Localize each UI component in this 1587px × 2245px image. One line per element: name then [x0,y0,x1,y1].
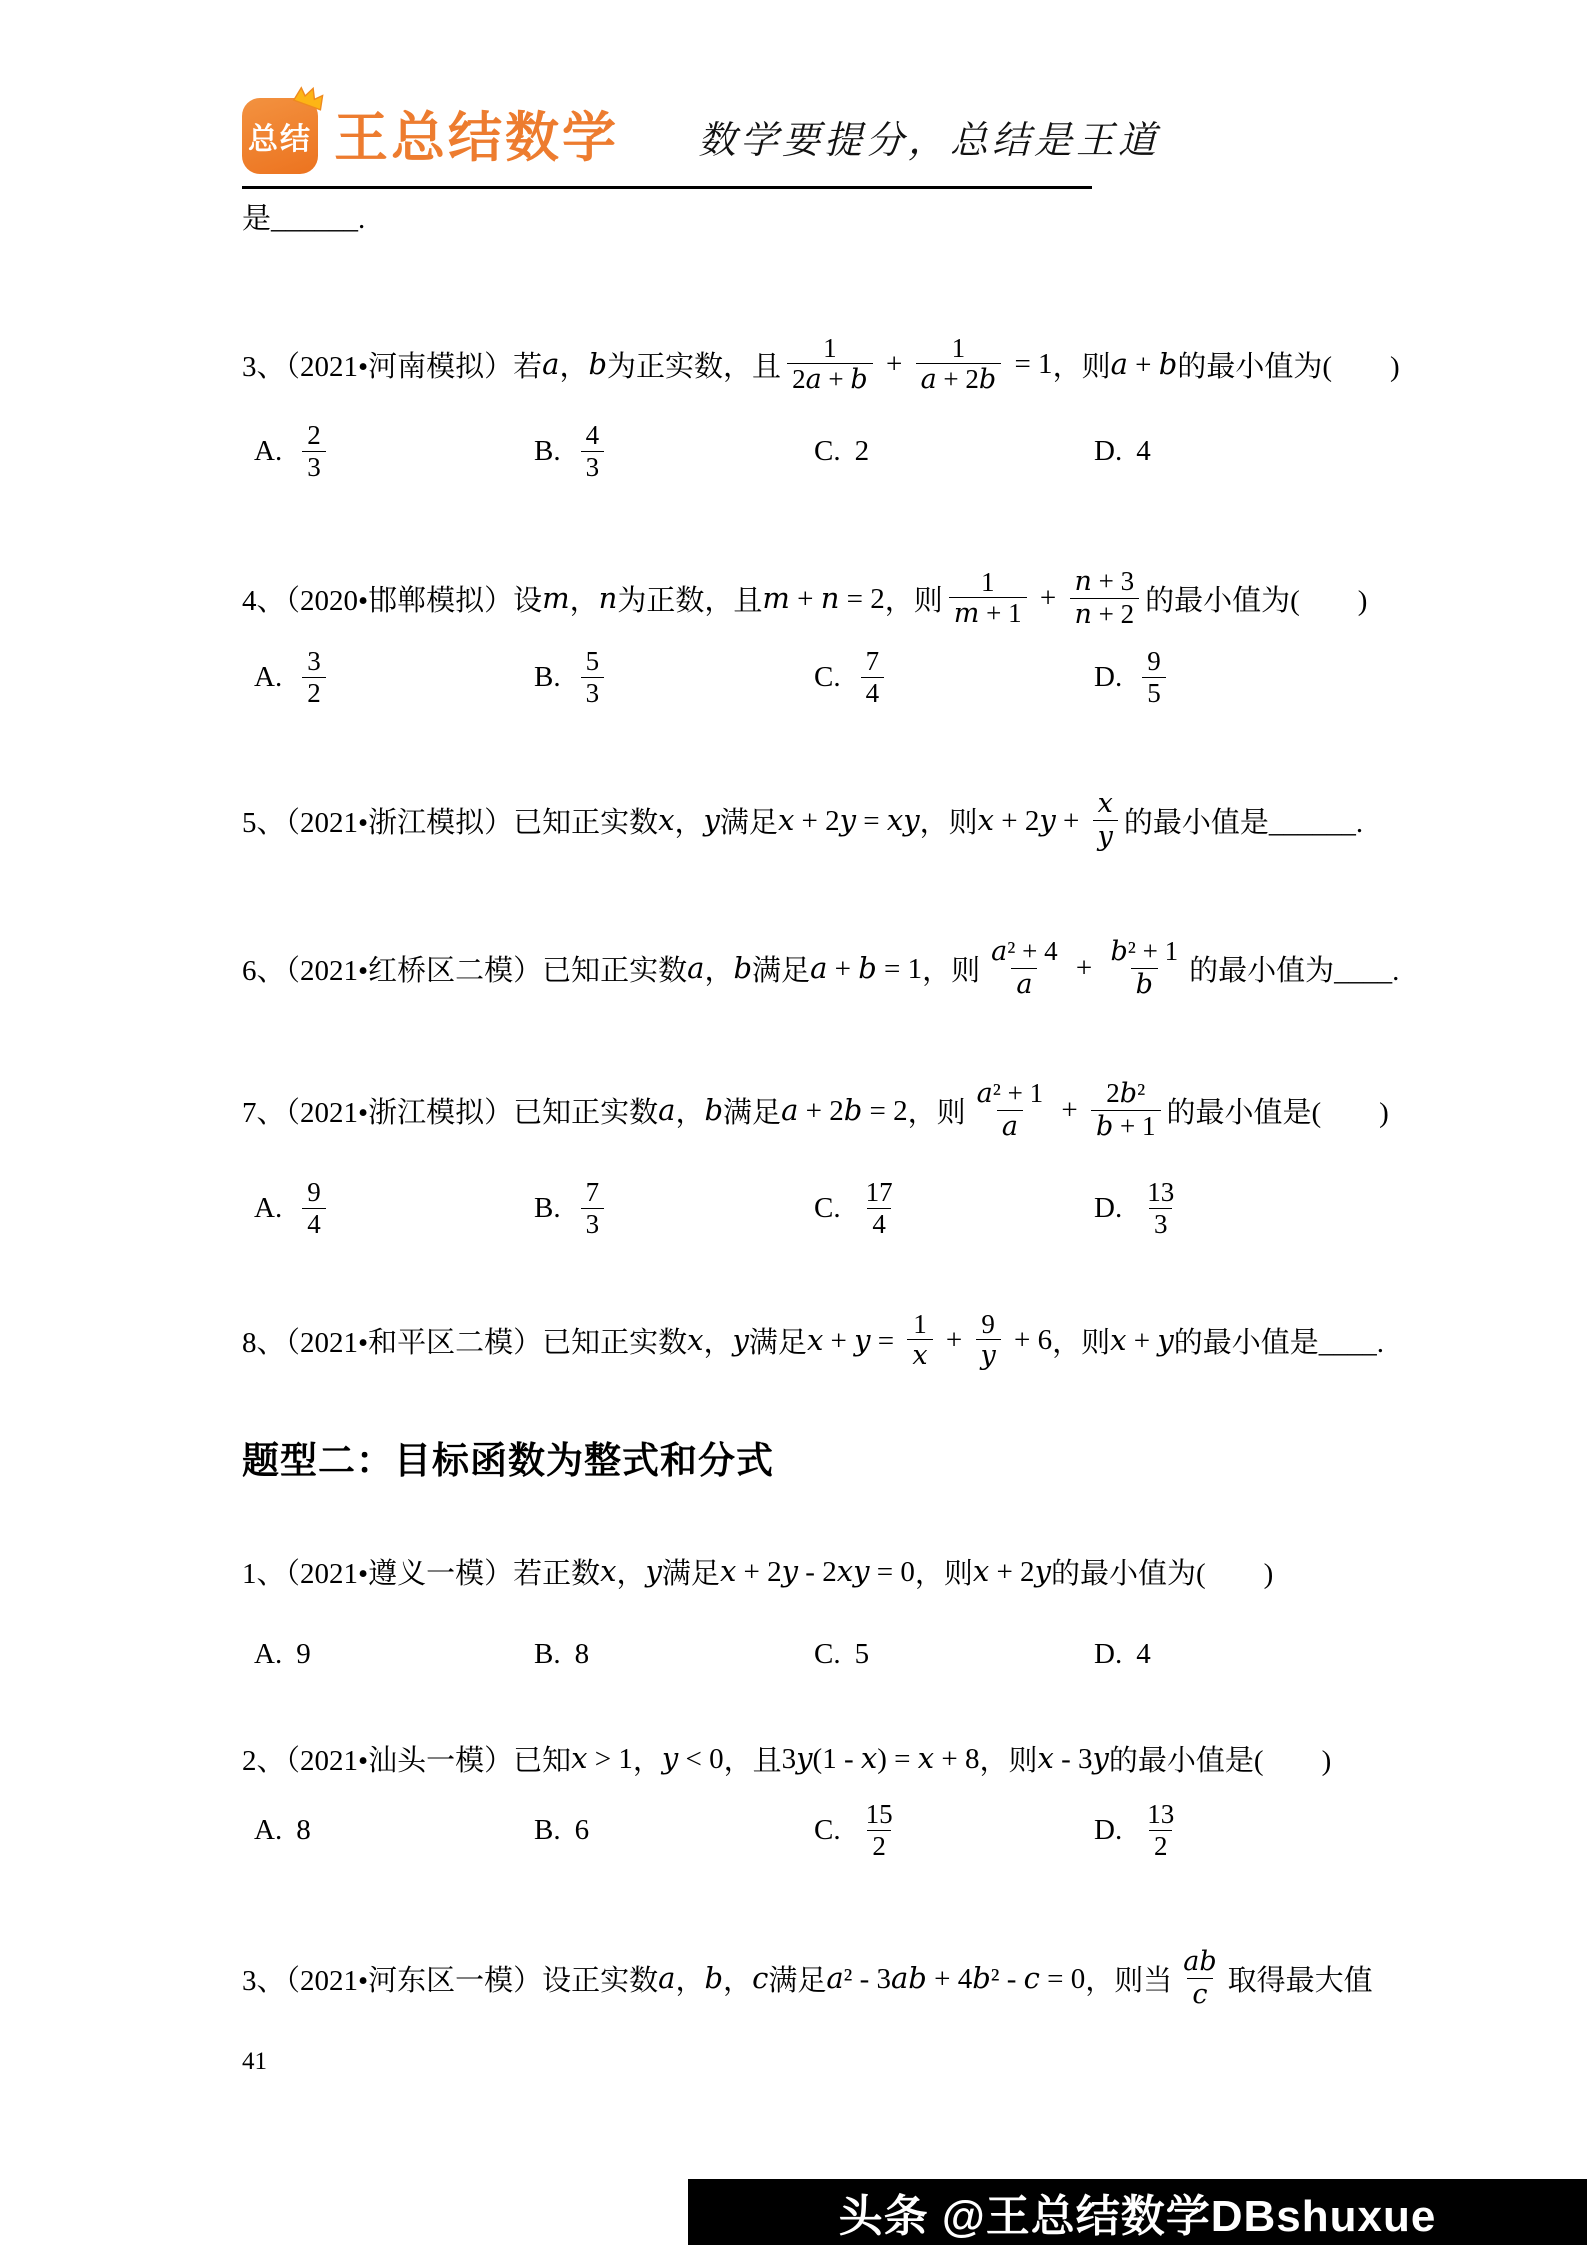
choice-d: D.132 [1094,1799,1374,1860]
math-text: + [1033,582,1064,615]
choice-value: 94 [296,1177,332,1238]
choice-label: B. [534,1638,561,1671]
math-text: 4 [1136,1638,1151,1670]
choice-a: A.94 [254,1177,534,1238]
fraction: 94 [302,1177,326,1238]
fraction: 73 [581,1177,605,1238]
math-text: + [1069,952,1100,985]
brand-logo-icon-text: 总结 [248,114,312,158]
choice-b: B.43 [534,420,814,481]
problem-7: 7、（2021•浙江模拟）已知正实数a，b满足a + 2b = 2，则a² + … [242,1070,1389,1150]
choice-c: C.2 [814,435,1094,468]
math-text: x + 2y + [978,803,1087,838]
choice-label: B. [534,1814,561,1847]
fraction: b² + 1b [1105,936,1183,999]
fraction: 2b²b + 1 [1091,1078,1161,1141]
text-run: ， [704,1320,733,1361]
choice-d: D.133 [1094,1177,1374,1238]
choice-label: B. [534,1192,561,1225]
text-run: ，则 [885,578,943,619]
problem-4-choices: A.32 B.53 C.74 D.95 [242,637,1374,717]
crown-icon [290,80,330,114]
problem-3-choices: A.23 B.43 C.2 D.4 [242,411,1374,491]
choice-label: D. [1094,661,1122,694]
choice-value: 2 [855,435,870,468]
math-text: 4 [1136,435,1151,467]
text-run: 满足 [720,800,778,841]
text-run: 为正实数，且 [607,344,781,385]
choice-b: B.53 [534,646,814,707]
choice-value: 132 [1136,1799,1185,1860]
choice-label: D. [1094,435,1122,468]
text-run: ， [559,344,588,385]
fraction: 1x [907,1309,932,1371]
text-run: 3、（2021•河南模拟）若 [242,344,542,385]
math-text: 8 [296,1814,311,1846]
text-run: 6、（2021•红桥区二模）已知正实数 [242,948,687,989]
fraction: a² + 4a [986,936,1062,999]
choice-b: B.73 [534,1177,814,1238]
math-text: x - 3y [1037,1741,1108,1776]
text-run: 的最小值为( ) [1145,578,1367,619]
page-number: 41 [242,2048,267,2076]
math-text: 3y(1 - x) = x + 8 [782,1741,980,1776]
choice-value: 4 [1136,1638,1151,1671]
text-run: 5、（2021•浙江模拟）已知正实数 [242,800,658,841]
watermark-bar: 头条 @王总结数学DBshuxue [688,2179,1587,2245]
intro-blank-line: 是______. [242,196,365,236]
choice-label: C. [814,1638,841,1671]
choice-value: 74 [855,646,891,707]
math-text: a² - 3ab + 4b² - c = 0 [826,1961,1085,1996]
problem-5: 5、（2021•浙江模拟）已知正实数x，y满足x + 2y = xy，则x + … [242,780,1363,860]
choice-a: A.9 [254,1638,534,1671]
choice-value: 8 [296,1814,311,1847]
text-run: ， [675,800,704,841]
text-run: 满足 [723,1090,781,1131]
math-text: m + n = 2 [762,581,884,616]
text-run: 7、（2021•浙江模拟）已知正实数 [242,1090,658,1131]
choice-b: B.8 [534,1638,814,1671]
math-text: x > 1 [571,1741,633,1776]
choice-value: 133 [1136,1177,1185,1238]
brand-logo-icon: 总结 [242,98,318,174]
header-slogan: 数学要提分，总结是王道 [698,110,1160,170]
math-text: + [939,1324,970,1357]
fraction: n + 3n + 2 [1070,566,1140,629]
math-text: a [658,1961,675,1996]
choice-value: 53 [575,646,611,707]
fraction: 152 [861,1799,898,1860]
problem-7-choices: A.94 B.73 C.174 D.133 [242,1168,1374,1248]
text-run: 的最小值为____. [1189,948,1399,989]
math-text: 2 [855,435,870,467]
text-run: ，则 [979,1738,1037,1779]
text-run: 的最小值是____. [1174,1320,1384,1361]
choice-label: B. [534,661,561,694]
s2-problem-1: 1、（2021•遵义一模）若正数x，y满足x + 2y - 2xy = 0，则x… [242,1551,1273,1591]
choice-label: C. [814,661,841,694]
choice-label: C. [814,1192,841,1225]
choice-value: 73 [575,1177,611,1238]
s2-problem-3: 3、（2021•河东区一模）设正实数a，b，c满足a² - 3ab + 4b² … [242,1938,1373,2018]
s2-problem-2: 2、（2021•汕头一模）已知x > 1，y < 0，且3y(1 - x) = … [242,1738,1331,1778]
math-text: m [542,581,570,616]
section-heading: 题型二：目标函数为整式和分式 [242,1437,774,1485]
fraction: 132 [1142,1799,1179,1860]
math-text: y < 0 [662,1741,724,1776]
choice-label: C. [814,1814,841,1847]
text-run: 的最小值是( ) [1167,1090,1389,1131]
choice-value: 174 [855,1177,904,1238]
text-run: ，则当 [1085,1958,1172,1999]
text-run: 的最小值是( ) [1109,1738,1331,1779]
s2-problem-2-choices: A.8 B.6 C.152 D.132 [242,1790,1374,1870]
choice-value: 8 [575,1638,590,1671]
text-run: ， [633,1738,662,1779]
choice-d: D.4 [1094,1638,1374,1671]
watermark-text: 头条 @王总结数学DBshuxue [839,2180,1437,2244]
text-run: 3、（2021•河东区一模）设正实数 [242,1958,658,1999]
choice-label: D. [1094,1192,1122,1225]
problem-4: 4、（2020•邯郸模拟）设m，n为正数，且m + n = 2，则1m + 1 … [242,558,1367,638]
fraction: 1m + 1 [949,567,1027,629]
text-run: ， [675,1090,704,1131]
choice-value: 43 [575,420,611,481]
text-run: 8、（2021•和平区二模）已知正实数 [242,1320,687,1361]
s2-problem-1-choices: A.9 B.8 C.5 D.4 [242,1614,1374,1694]
text-run: ，则 [922,948,980,989]
fraction: 12a + b [787,333,873,395]
choice-value: 32 [296,646,332,707]
fraction: 95 [1142,646,1166,707]
text-run: 1、（2021•遵义一模）若正数 [242,1551,600,1592]
math-text: + [1054,1094,1085,1127]
choice-value: 9 [296,1638,311,1671]
choice-label: A. [254,1814,282,1847]
text-run: ，则 [1052,1320,1110,1361]
choice-label: A. [254,1638,282,1671]
math-text: x + 2y - 2xy = 0 [720,1554,915,1589]
text-run: ， [675,1958,704,1999]
choice-a: A.8 [254,1814,534,1847]
math-text: x [600,1554,616,1589]
choice-b: B.6 [534,1814,814,1847]
text-run: 取得最大值 [1228,1958,1373,1999]
text-run: ， [570,578,599,619]
choice-label: C. [814,435,841,468]
text-run: ， [617,1551,646,1592]
fraction: a² + 1a [972,1078,1048,1141]
math-text: x [687,1323,703,1358]
choice-label: A. [254,1192,282,1225]
choice-label: B. [534,435,561,468]
math-text: + [879,348,910,381]
text-run: ，则 [908,1090,966,1131]
math-text: a + b = 1 [810,951,922,986]
choice-label: D. [1094,1638,1122,1671]
math-text: c [752,1961,768,1996]
math-text: a + 2b = 2 [781,1093,908,1128]
fraction: 53 [581,646,605,707]
math-text: + 6 [1007,1324,1052,1357]
math-text: 8 [575,1638,590,1670]
choice-c: C.174 [814,1177,1094,1238]
text-run: 2、（2021•汕头一模）已知 [242,1738,571,1779]
text-run: 4、（2020•邯郸模拟）设 [242,578,542,619]
math-text: y [733,1323,749,1358]
math-text: y [704,803,720,838]
choice-value: 5 [855,1638,870,1671]
problem-8: 8、（2021•和平区二模）已知正实数x，y满足x + y = 1x + 9y … [242,1300,1384,1380]
fraction: 74 [861,646,885,707]
math-text: x + 2y = xy [778,803,920,838]
text-run: ， [723,1958,752,1999]
math-text: 6 [575,1814,590,1846]
text-run: ，则 [915,1551,973,1592]
math-text: 5 [855,1638,870,1670]
text-run: 满足 [749,1320,807,1361]
choice-c: C.152 [814,1799,1094,1860]
choice-c: C.5 [814,1638,1094,1671]
math-text: y [646,1554,662,1589]
fraction: xy [1093,788,1118,851]
text-run: 的最小值为( ) [1051,1551,1273,1592]
math-text: a [687,951,704,986]
fraction: 133 [1142,1177,1179,1238]
header-rule [242,186,1092,189]
choice-d: D.4 [1094,435,1374,468]
math-text: x [658,803,674,838]
choice-value: 4 [1136,435,1151,468]
math-text: = 1 [1007,348,1052,381]
math-text: x + y = [807,1323,901,1358]
text-run: 满足 [768,1958,826,1999]
problem-3: 3、（2021•河南模拟）若a，b为正实数，且12a + b + 1a + 2b… [242,324,1400,404]
text-run: ，则 [1053,344,1111,385]
math-text: n [599,581,618,616]
text-run: 的最小值是______. [1124,800,1363,841]
math-text: x + y [1110,1323,1174,1358]
math-text: b [704,1093,723,1128]
fraction: 174 [861,1177,898,1238]
text-run: ，且 [724,1738,782,1779]
fraction: abc [1178,1946,1221,2009]
math-text: x + 2y [973,1554,1051,1589]
choice-value: 95 [1136,646,1172,707]
choice-label: A. [254,435,282,468]
math-text: a + b [1111,347,1178,382]
math-text: 9 [296,1638,311,1670]
choice-value: 23 [296,420,332,481]
choice-a: A.32 [254,646,534,707]
choice-value: 152 [855,1799,904,1860]
math-text: b [588,347,607,382]
text-run: 满足 [752,948,810,989]
choice-label: A. [254,661,282,694]
math-text: b [733,951,752,986]
fraction: 23 [302,420,326,481]
fraction: 43 [581,420,605,481]
choice-value: 6 [575,1814,590,1847]
fraction: 9y [976,1309,1001,1371]
text-run: 为正数，且 [617,578,762,619]
fraction: 1a + 2b [916,333,1002,395]
problem-6: 6、（2021•红桥区二模）已知正实数a，b满足a + b = 1，则a² + … [242,928,1399,1008]
choice-c: C.74 [814,646,1094,707]
math-text: b [704,1961,723,1996]
fraction: 32 [302,646,326,707]
math-text: a [658,1093,675,1128]
math-text: a [542,347,559,382]
brand-logo-text: 王总结数学 [334,104,619,172]
choice-d: D.95 [1094,646,1374,707]
text-run: ，则 [920,800,978,841]
text-run: ， [704,948,733,989]
choice-a: A.23 [254,420,534,481]
text-run: 满足 [662,1551,720,1592]
choice-label: D. [1094,1814,1122,1847]
text-run: 的最小值为( ) [1177,344,1399,385]
document-page: 总结 王总结数学 数学要提分，总结是王道 是______. 3、（2021•河南… [0,0,1587,2245]
